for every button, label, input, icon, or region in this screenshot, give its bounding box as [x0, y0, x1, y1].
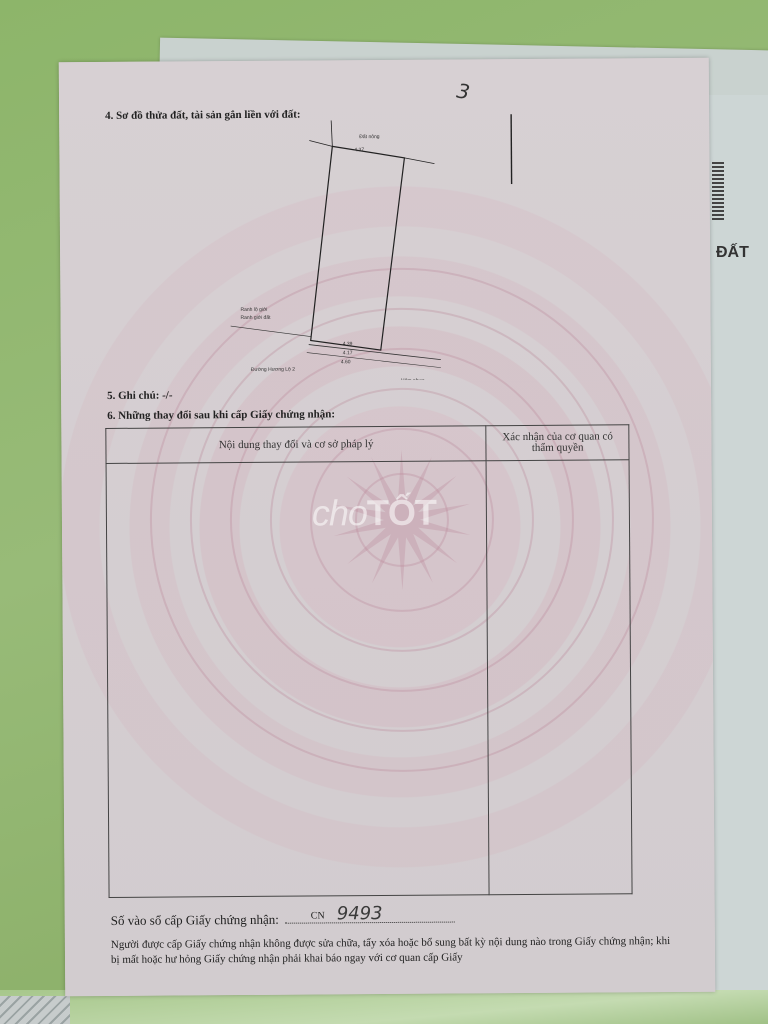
registry-label: Số vào sổ cấp Giấy chứng nhận: — [111, 912, 279, 929]
keyboard-corner — [0, 996, 70, 1024]
svg-text:Ranh lộ giới: Ranh lộ giới — [240, 307, 267, 313]
table-cell — [486, 460, 632, 895]
registry-number-line: Số vào sổ cấp Giấy chứng nhận: CN 9493 — [111, 908, 455, 929]
svg-text:Đất nông: Đất nông — [359, 134, 380, 140]
land-plot-diagram: Đất nông 4.37 4.39 4.17 4.60 Ranh lộ giớ… — [229, 119, 551, 381]
chotot-watermark: choTỐT — [312, 492, 436, 535]
registry-value: CN 9493 — [285, 908, 455, 924]
svg-text:Đường Hương Lộ 2: Đường Hương Lộ 2 — [251, 367, 295, 373]
svg-text:4.17: 4.17 — [343, 350, 353, 356]
svg-text:4.37: 4.37 — [354, 147, 364, 153]
section-6-title: 6. Những thay đổi sau khi cấp Giấy chứng… — [107, 408, 335, 422]
svg-text:4.39: 4.39 — [343, 341, 353, 347]
certificate-page: 3 4. Sơ đồ thửa đất, tài sản gắn liền vớ… — [59, 58, 716, 997]
legal-notice: Người được cấp Giấy chứng nhận không đượ… — [111, 934, 671, 968]
column-header-changes: Nội dung thay đổi và cơ sở pháp lý — [106, 426, 487, 464]
back-sheet-text: ĐẤT — [716, 244, 749, 262]
barcode-icon — [712, 160, 724, 220]
north-arrow-icon — [505, 114, 517, 184]
svg-text:4.60: 4.60 — [341, 359, 351, 365]
section-5-note: 5. Ghi chú: -/- — [107, 389, 172, 401]
svg-text:Ranh giới đất: Ranh giới đất — [241, 315, 272, 321]
handwritten-registry-number: 9493 — [337, 903, 383, 924]
column-header-confirmation: Xác nhận của cơ quan có thẩm quyền — [486, 425, 629, 461]
